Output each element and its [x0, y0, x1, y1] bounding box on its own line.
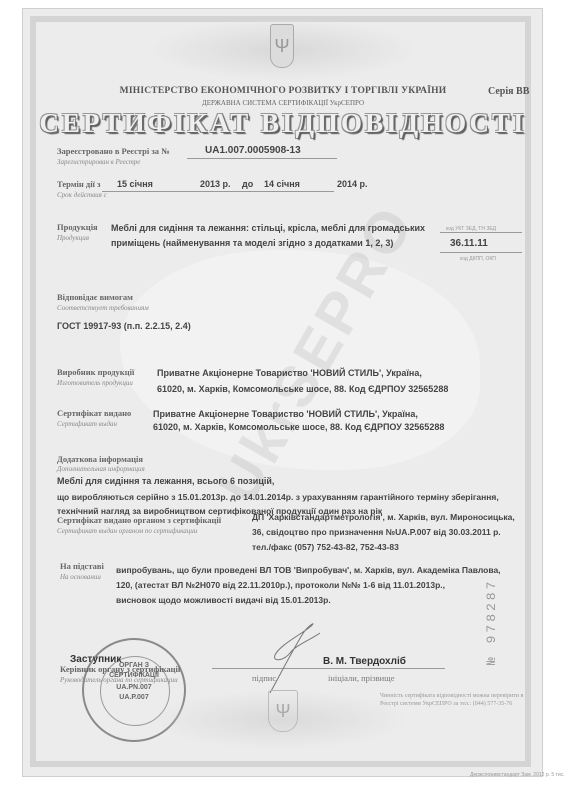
basis-line-1: випробувань, що були проведені ВЛ ТОВ 'В…	[116, 565, 501, 575]
document-title: СЕРТИФІКАТ ВІДПОВІДНОСТІ	[0, 108, 566, 139]
valid-from-year: 2013 р.	[200, 179, 231, 189]
valid-to-day: 14 січня	[264, 179, 300, 189]
underline	[102, 191, 334, 192]
issuing-body-line-1: ДП 'Харківстандартметрологія', м. Харків…	[252, 512, 515, 522]
registration-label: Зареєстровано в Реєстрі за №	[57, 146, 170, 156]
product-label-ru: Продукция	[57, 234, 89, 242]
issuing-body-line-3: тел./факс (057) 752-43-82, 752-43-83	[252, 542, 399, 552]
series: Серія ВВ	[488, 86, 529, 97]
issued-to-label: Сертифікат видано	[57, 408, 131, 418]
valid-from-day: 15 січня	[117, 179, 153, 189]
product-line-2: приміщень (найменування та моделі згідно…	[111, 238, 393, 248]
basis-label: На підставі	[60, 561, 104, 571]
series-label: Серія	[488, 86, 514, 97]
product-label: Продукція	[57, 222, 98, 232]
issued-to-line-1: Приватне Акціонерне Товариство 'НОВИЙ СТ…	[153, 409, 418, 419]
basis-line-2: 120, (атестат ВЛ №2Н070 від 22.11.2010р.…	[116, 580, 445, 590]
manufacturer-line-1: Приватне Акціонерне Товариство 'НОВИЙ СТ…	[157, 368, 422, 378]
additional-line-2: що виробляються серійно з 15.01.2013р. д…	[57, 492, 499, 502]
certification-system: ДЕРЖАВНА СИСТЕМА СЕРТИФІКАЦІЇ УкрСЕПРО	[0, 99, 566, 107]
issuing-body-label: Сертифікат видано органом з сертифікації	[57, 515, 221, 525]
additional-line-1: Меблі для сидіння та лежання, всього 6 п…	[57, 476, 274, 486]
trident-icon: Ψ	[270, 24, 294, 68]
basis-line-3: висновок щодо можливості видачі від 15.0…	[116, 595, 331, 605]
basis-label-ru: На основании	[60, 573, 101, 581]
issued-to-line-2: 61020, м. Харків, Комсомольське шосе, 88…	[153, 422, 444, 432]
valid-to-label: до	[242, 179, 253, 189]
requirements-label: Відповідає вимогам	[57, 292, 133, 302]
registration-label-ru: Зарегистрирован в Реестре	[57, 158, 140, 166]
issuing-body-label-ru: Сертификат выдан органом по сертификации	[57, 527, 197, 535]
underline	[440, 232, 522, 233]
validity-label-ru: Срок действия с	[57, 191, 107, 199]
ministry-name: МІНІСТЕРСТВО ЕКОНОМІЧНОГО РОЗВИТКУ І ТОР…	[0, 86, 566, 96]
manufacturer-label: Виробник продукції	[57, 367, 134, 377]
role-label: Керівник органу з сертифікації	[60, 664, 180, 674]
serial-number: № 978287	[484, 579, 499, 665]
additional-info-label: Додаткова інформація	[57, 454, 143, 464]
requirements-label-ru: Соответствует требованиям	[57, 304, 149, 312]
print-info: Держспоживстандарт Зам. 2012 р. 5 тис.	[470, 772, 565, 778]
signer-name: В. М. Твердохліб	[323, 656, 406, 667]
product-line-1: Меблі для сидіння та лежання: стільці, к…	[111, 223, 425, 233]
validity-label: Термін дії з	[57, 179, 100, 189]
requirements-value: ГОСТ 19917-93 (п.п. 2.2.15, 2.4)	[57, 321, 191, 331]
manufacturer-label-ru: Изготовитель продукции	[57, 379, 133, 387]
underline	[440, 252, 522, 253]
verification-note: Чинність сертифіката відповідності можна…	[380, 692, 530, 708]
underline	[187, 158, 337, 159]
code-label-bottom: код ДКПП, ОКП	[460, 256, 496, 262]
registration-number: UA1.007.0005908-13	[205, 145, 301, 156]
manufacturer-line-2: 61020, м. Харків, Комсомольське шосе, 88…	[157, 384, 448, 394]
valid-to-year: 2014 р.	[337, 179, 368, 189]
series-value: ВВ	[516, 86, 529, 97]
role-label-ru: Руководитель органа по сертификации	[60, 676, 178, 684]
issued-to-label-ru: Сертификат выдан	[57, 420, 117, 428]
name-label: ініціали, прізвище	[328, 673, 394, 683]
issuing-body-line-2: 36, свідоцтво про призначення №UA.P.007 …	[252, 527, 501, 537]
trident-icon: Ψ	[268, 690, 298, 732]
additional-info-label-ru: Дополнительная информация	[57, 465, 145, 473]
product-code: 36.11.11	[450, 238, 488, 249]
